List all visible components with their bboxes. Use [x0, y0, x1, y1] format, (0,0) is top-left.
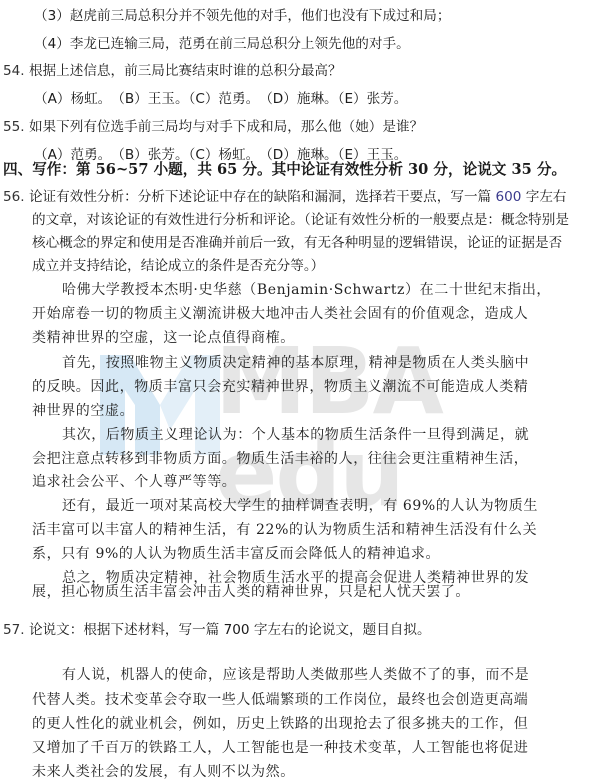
passage-line: 又增加了千百万的铁路工人，人工智能也是一种技术变革，人工智能也将促进 — [32, 738, 528, 758]
question-prompt-line: 论证有效性分析：分析下述论证中存在的缺陷和漏洞，选择若干要点，写一篇 — [29, 189, 491, 205]
question-stem: 根据上述信息，前三局比赛结束时谁的总积分最高？ — [29, 63, 342, 79]
question-number: 55. — [3, 119, 25, 135]
passage-line: 会把注意点转移到非物质方面。物质生活丰裕的人，往往会更注重精神生活， — [32, 449, 528, 469]
passage-line: 首先，按照唯物主义物质决定精神的基本原理，精神是物质在人类头脑中 — [62, 353, 529, 373]
condition-4: （4）李龙已连输三局，范勇在前三局总积分上领先他的对手。 — [34, 34, 410, 54]
passage-line: 有人说，机器人的使命，应该是帮助人类做那些人类做不了的事，而不是 — [62, 665, 529, 685]
passage-line: 其次，后物质主义理论认为：个人基本的物质生活条件一旦得到满足，就 — [62, 425, 529, 445]
question-stem: 如果下列有位选手前三局均与对手下成和局，那么他（她）是谁？ — [29, 119, 423, 135]
passage-line: 活丰富可以丰富人的精神生活，有 22%的认为物质生活和精神生活没有什么关 — [32, 520, 537, 540]
section-heading: 四、写作：第 56~57 小题，共 65 分。其中论证有效性分析 30 分，论说… — [3, 160, 566, 180]
passage-line: 的更人性化的就业机会，例如，历史上铁路的出现抢去了很多挑夫的工作，但 — [32, 714, 528, 734]
passage-line: 开始席卷一切的物质主义潮流讲极大地冲击人类社会固有的价值观念，造成人 — [32, 304, 528, 324]
question-prompt-line: 的文章，对该论证的有效性进行分析和评论。（论证有效性分析的一般要点是：概念特别是 — [32, 210, 569, 230]
question-55: 55. 如果下列有位选手前三局均与对手下成和局，那么他（她）是谁？ — [3, 117, 423, 137]
passage-line: 类精神世界的空虚，这一论点值得商榷。 — [32, 328, 295, 348]
passage-line: 代替人类。技术变革会夺取一些人低端繁琐的工作岗位，最终也会创造更高端 — [32, 690, 528, 710]
question-number: 54. — [3, 63, 25, 79]
question-stem: 论说文：根据下述材料，写一篇 700 字左右的论说文，题目自拟。 — [29, 622, 431, 638]
passage-line: 系，只有 9%的人认为物质生活丰富反而会降低人的精神追求。 — [32, 544, 440, 564]
word-count: 600 — [495, 189, 521, 205]
question-54: 54. 根据上述信息，前三局比赛结束时谁的总积分最高？ — [3, 61, 342, 81]
passage-line: 追求社会公平、个人尊严等等。 — [32, 472, 236, 492]
passage-line: 未来人类社会的发展，有人则不以为然。 — [32, 762, 295, 782]
passage-line: 的反映。因此，物质丰富只会充实精神世界，物质主义潮流不可能造成人类精 — [32, 377, 528, 397]
question-number: 56. — [3, 189, 25, 205]
passage-line: 展，担心物质生活丰富会冲击人类的精神世界，只是杞人忧天罢了。 — [32, 582, 470, 602]
word-count-suffix: 字左右 — [521, 189, 566, 205]
passage-line: 还有，最近一项对某高校大学生的抽样调查表明，有 69%的人认为物质生 — [62, 496, 538, 516]
question-prompt-line: 核心概念的界定和使用是否准确并前后一致，有无各种明显的逻辑错误，论证的证据是否 — [32, 233, 562, 253]
question-56: 56. 论证有效性分析：分析下述论证中存在的缺陷和漏洞，选择若干要点，写一篇 6… — [3, 187, 567, 207]
exam-page: MBA edu （3）赵虎前三局总积分并不领先他的对手，他们也没有下成过和局； … — [0, 0, 600, 783]
condition-3: （3）赵虎前三局总积分并不领先他的对手，他们也没有下成过和局； — [34, 6, 450, 26]
question-number: 57. — [3, 622, 25, 638]
question-54-options: （A）杨虹。 （B）王玉。（C）范勇。 （D）施琳。（E）张芳。 — [34, 89, 407, 109]
passage-line: 神世界的空虚。 — [32, 401, 134, 421]
question-prompt-line: 成立并支持结论，结论成立的条件是否充分等。） — [32, 256, 324, 276]
question-57: 57. 论说文：根据下述材料，写一篇 700 字左右的论说文，题目自拟。 — [3, 620, 431, 640]
passage-line: 哈佛大学教授本杰明·史华慈（Benjamin·Schwartz）在二十世纪末指出… — [62, 280, 551, 300]
